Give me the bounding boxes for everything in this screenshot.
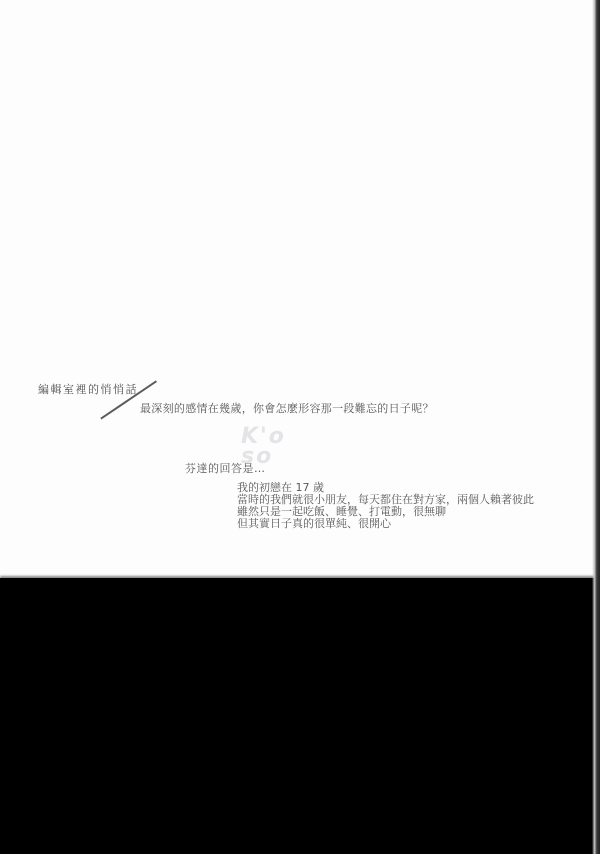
question-text: 最深刻的感情在幾歲，你會怎麼形容那一段難忘的日子呢？ xyxy=(140,400,434,416)
answer-intro: 芬達的回答是… xyxy=(185,460,266,476)
page-right-edge-shadow xyxy=(592,0,600,854)
bottom-black-band xyxy=(0,578,600,854)
scanned-page: 編輯室裡的悄悄話 最深刻的感情在幾歲，你會怎麼形容那一段難忘的日子呢？ K'o … xyxy=(0,0,600,854)
answer-paragraph: 我的初戀在 17 歲 當時的我們就很小朋友，每天都住在對方家，兩個人賴著彼此 雖… xyxy=(237,482,534,530)
answer-line: 雖然只是一起吃飯、睡覺、打電動，很無聊 xyxy=(237,506,534,518)
answer-line: 但其實日子真的很單純、很開心 xyxy=(237,518,534,530)
editor-note-label: 編輯室裡的悄悄話 xyxy=(38,381,138,397)
